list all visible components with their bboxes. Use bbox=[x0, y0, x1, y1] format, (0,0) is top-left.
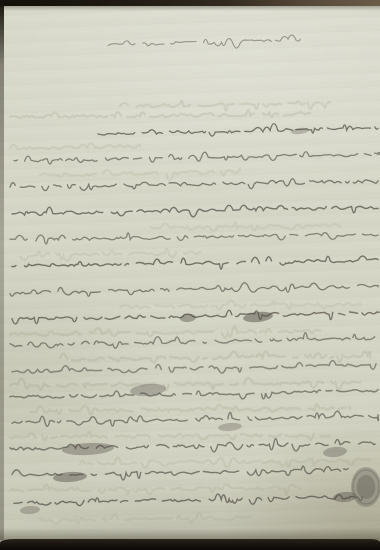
scan-border-bottom bbox=[0, 539, 380, 550]
scan-border-left bbox=[0, 0, 4, 550]
address-header-line bbox=[108, 35, 300, 48]
scan-border-top-seam bbox=[0, 6, 380, 11]
scanned-letter-page bbox=[0, 0, 380, 550]
archive-stamp bbox=[351, 467, 380, 507]
handwriting-layer bbox=[0, 0, 380, 550]
bleedthrough-ink bbox=[10, 101, 370, 524]
